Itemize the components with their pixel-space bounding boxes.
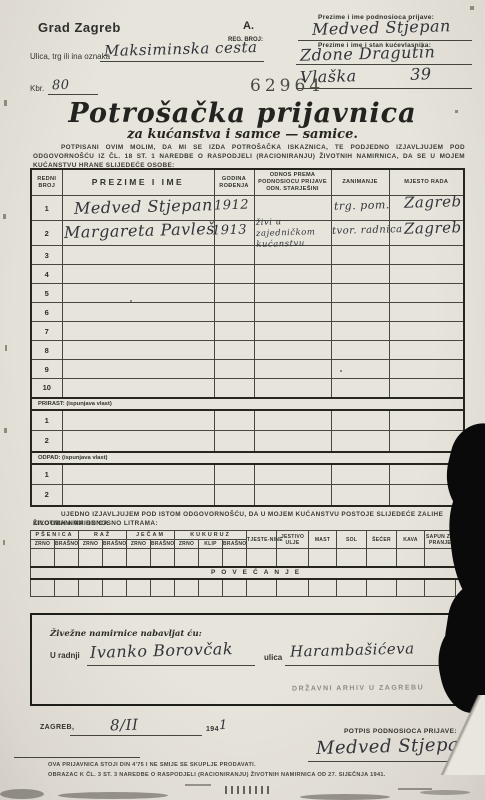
purchase-box: Živežne namirnice nabavljat ću: U radnji… [30,613,457,706]
group-psenica: PŠENICA [31,531,79,540]
scan-smudge [58,792,168,799]
footer-line2: OBRAZAC K ČL. 3 ST. 3 NAREDBE O RASPODJE… [48,772,386,778]
prirast-strip: PRIRAST: (ispunjava vlast) [31,398,464,410]
street-handwriting: Maksiminska cesta [104,38,258,60]
torn-corner [439,695,485,775]
row1-workplace-handwriting: Zagreb [404,192,462,212]
odpad-row: 1 [31,464,464,485]
shop-label: U radnji [50,651,80,660]
scan-smudge [0,789,44,799]
date-handwriting: 8/II [110,716,139,735]
person-row: 3 [31,246,464,265]
supplies-group-header-row: PŠENICA RAŽ JEČAM KUKURUZ TJESTE‑NINE JE… [31,531,485,540]
purchase-heading: Živežne namirnice nabavljat ću: [50,629,202,639]
persons-table: REDNI BROJ PREZIME I IME GODINA ROĐENJA … [30,168,465,507]
supplies-statement-line2: KILOGRAMIMA ODNOSNO LITRAMA: [33,519,463,528]
sub-klip: KLIP [199,540,223,549]
sub-brasno: BRAŠNO [55,540,79,549]
row-num: 2 [31,485,62,506]
footer-rule [14,757,140,758]
paper-speck [340,370,342,372]
odpad-row: 2 [31,485,464,506]
col-tjestenine: TJESTE‑NINE [247,531,277,549]
row-num: 2 [31,431,62,452]
person-row: 4 [31,265,464,284]
row-num: 9 [31,360,62,379]
scan-mark-dash [398,788,432,790]
shop-handwriting: Ivanko Borovčak [90,639,233,662]
street-rule [100,61,264,62]
group-raz: RAŽ [79,531,127,540]
sub-zrno: ZRNO [127,540,151,549]
margin-speck [3,540,5,545]
footer-line1: OVA PRIJAVNICA STOJI DIN 4'75 I NE SMIJE… [48,762,256,768]
col-header-prezime-ime: PREZIME I IME [62,169,214,196]
col-header-godina: GODINA ROĐENJA [214,169,254,196]
scan-smudge [300,794,390,800]
shop-rule [87,665,255,666]
row2-workplace-handwriting: Zagreb [404,218,462,238]
sub-zrno: ZRNO [79,540,103,549]
year-printed: 194 [206,726,219,733]
sub-zrno: ZRNO [175,540,199,549]
paper-speck [130,300,132,302]
col-kava: KAVA [397,531,425,549]
section-letter-text: A. [243,20,254,32]
reg-number-stamp: 62964 [250,76,324,96]
group-jecam: JEČAM [127,531,175,540]
applicant-rule [298,40,472,41]
prirast-row: 1 [31,410,464,431]
col-header-odnos: ODNOS PREMA PODNOSIOCU PRIJAVE ODN. STAR… [254,169,331,196]
kbr-label: Kbr. [30,84,44,93]
page-title: Potrošačka prijavnica [0,98,485,129]
margin-speck [4,428,7,433]
row-num: 5 [31,284,62,303]
applicant-handwriting: Medved Stjepan [312,16,451,39]
page-subtitle: za kućanstva i samce — samice. [0,127,485,142]
street-label: Ulica, trg ili ina oznaka [30,52,110,61]
margin-speck [3,214,6,219]
row2-relation-handwriting: živi u zajedničkom kućanstvu [256,216,329,251]
row1-occupation-handwriting: trg. pom. [334,198,390,212]
row-num: 3 [31,246,62,265]
scan-mark-dash [185,784,211,786]
sub-zrno: ZRNO [31,540,55,549]
section-letter: A. [243,20,254,32]
row-num: 1 [31,196,62,221]
odpad-label: ODPAD: (ispunjava vlast) [31,452,464,464]
row1-year-handwriting: 1912 [214,198,249,214]
person-row: 8 [31,341,464,360]
row2-name-handwriting: Margareta Pavleš [64,219,215,242]
prirast-row: 2 [31,431,464,452]
row-num: 6 [31,303,62,322]
kbr-rule [48,94,98,95]
row-num: 2 [31,221,62,246]
archive-stamp: DRŽAVNI ARHIV U ZAGREBU [292,684,424,692]
supplies-empty-row [31,549,485,567]
supplies-empty-row [31,579,485,597]
landlord-handwriting: Zdone Dragutin [300,42,436,65]
shop-street-handwriting: Harambašićeva [290,639,415,660]
prirast-label: PRIRAST: (ispunjava vlast) [31,398,464,410]
year-handwriting: 1 [219,718,228,733]
scan-mark-bars [225,786,273,794]
scanned-form-page: Grad Zagreb A. REG. BROJ: Prezime i ime … [0,0,485,800]
paper-speck [455,110,458,113]
person-row: 6 [31,303,464,322]
row-num: 10 [31,379,62,398]
col-secer: ŠEĆER [367,531,397,549]
group-kukuruz: KUKURUZ [175,531,247,540]
row-num: 1 [31,410,62,431]
col-mast: MAST [309,531,337,549]
sub-brasno: BRAŠNO [151,540,175,549]
date-rule [70,735,202,736]
row-num: 1 [31,464,62,485]
row1-name-handwriting: Medved Stjepan [74,195,213,218]
povecanje-label: POVEĆANJE [31,567,485,579]
margin-speck [4,100,7,106]
zagreb-label: ZAGREB, [40,724,74,731]
row-num: 7 [31,322,62,341]
persons-header-row: REDNI BROJ PREZIME I IME GODINA ROĐENJA … [31,169,464,196]
col-header-zanimanje: ZANIMANJE [331,169,389,196]
supplies-table: PŠENICA RAŽ JEČAM KUKURUZ TJESTE‑NINE JE… [30,530,485,597]
col-header-redni-broj: REDNI BROJ [31,169,62,196]
scan-smudge [420,790,470,795]
row2-occupation-handwriting: tvor. radnica [332,224,403,237]
col-sol: SOL [337,531,367,549]
corner-speck [470,6,474,10]
shop-street-rule [285,665,457,666]
row2-year-handwriting: 1913 [212,223,247,239]
row-num: 8 [31,341,62,360]
person-row: 5 [31,284,464,303]
city-heading: Grad Zagreb [38,20,121,35]
row-num: 4 [31,265,62,284]
margin-speck [5,345,7,351]
sub-brasno: BRAŠNO [103,540,127,549]
person-row: 9 [31,360,464,379]
kbr-handwriting: 80 [52,78,70,93]
person-row: 7 [31,322,464,341]
povecanje-strip: POVEĆANJE [31,567,485,579]
person-row: 10 [31,379,464,398]
odpad-strip: ODPAD: (ispunjava vlast) [31,452,464,464]
sub-brasno: BRAŠNO [223,540,247,549]
shop-street-label: ulica [264,653,282,662]
intro-paragraph: POTPISANI OVIM MOLIM, DA MI SE IZDA POTR… [33,143,465,170]
